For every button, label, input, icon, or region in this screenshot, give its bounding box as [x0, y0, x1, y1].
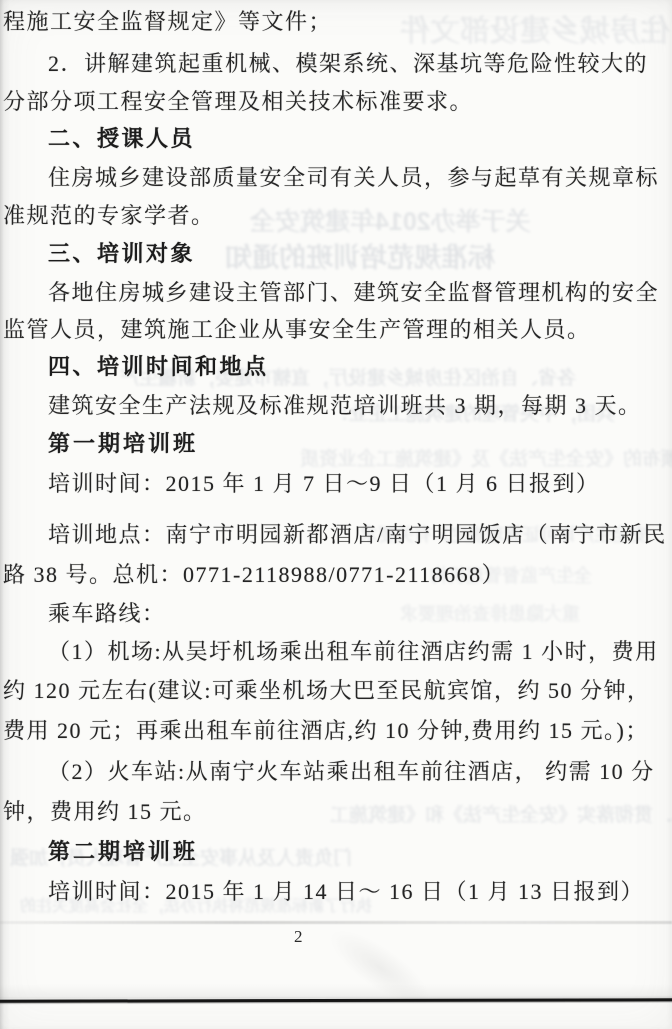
document-page: 住房城乡建设部文件关于举办2014年建筑安全标准规范培训班的通知各省、自治区住房… [0, 0, 672, 1029]
ghost-text: 标准规范培训班的通知 [225, 236, 495, 275]
text-line: 第二期培训班 [48, 835, 198, 866]
text-line: 乘车路线： [48, 597, 166, 628]
text-line: 路 38 号。总机：0771-2118988/0771-2118668） [3, 558, 505, 589]
text-line: 分部分项工程安全管理及相关技术标准要求。 [3, 85, 473, 116]
text-line: 住房城乡建设部质量安全司有关人员，参与起草有关规章标 [48, 161, 659, 192]
text-line: 建筑安全生产法规及标准规范培训班共 3 期，每期 3 天。 [48, 389, 642, 420]
text-line: 第一期培训班 [48, 427, 198, 458]
text-line: 二、授课人员 [48, 122, 195, 153]
scan-smudge [319, 917, 440, 1019]
text-line: 四、培训时间和地点 [48, 350, 269, 381]
text-line: 三、培训对象 [48, 237, 195, 268]
text-line: （1）机场:从吴圩机场乘出租车前往酒店约需 1 小时，费用 [48, 635, 659, 666]
crease-line [0, 921, 672, 924]
ghost-text: 重大隐患排查治理要求 [400, 600, 580, 626]
text-line: 约 120 元左右(建议:可乘坐机场大巴至民航宾馆，约 50 分钟， [3, 674, 650, 705]
text-line: 程施工安全监督规定》等文件； [3, 5, 332, 36]
text-line: 监管人员，建筑施工企业从事安全生产管理的相关人员。 [3, 313, 591, 344]
text-line: 培训时间：2015 年 1 月 7 日～9 日（1 月 6 日报到） [48, 467, 600, 498]
text-line: 培训地点：南宁市明园新都酒店/南宁明园饭店（南宁市新民 [48, 518, 667, 549]
text-line: 培训时间：2015 年 1 月 14 日～ 16 日（1 月 13 日报到） [48, 875, 644, 906]
ghost-text: 关于举办2014年建筑安全 [250, 202, 531, 238]
ghost-text: 住房城乡建设部文件 [400, 6, 670, 50]
text-line: 钟，费用约 15 元。 [3, 795, 207, 826]
page-number: 2 [294, 927, 303, 947]
ghost-text: 1．贯彻落实《安全生产法》和《建筑施工 [330, 800, 672, 827]
text-line: 各地住房城乡建设主管部门、建筑安全监督管理机构的安全 [48, 276, 659, 307]
text-line: （2）火车站:从南宁火车站乘出租车前往酒店， 约需 10 分 [48, 755, 655, 786]
text-line: 费用 20 元；再乘出租车前往酒店,约 10 分钟,费用约 15 元。)； [3, 714, 649, 745]
scan-bottom-edge-line [0, 998, 672, 1002]
text-line: 2．讲解建筑起重机械、模架系统、深基坑等危险性较大的 [48, 47, 648, 78]
scan-shadow-band [0, 984, 672, 998]
text-line: 准规范的专家学者。 [3, 199, 215, 230]
